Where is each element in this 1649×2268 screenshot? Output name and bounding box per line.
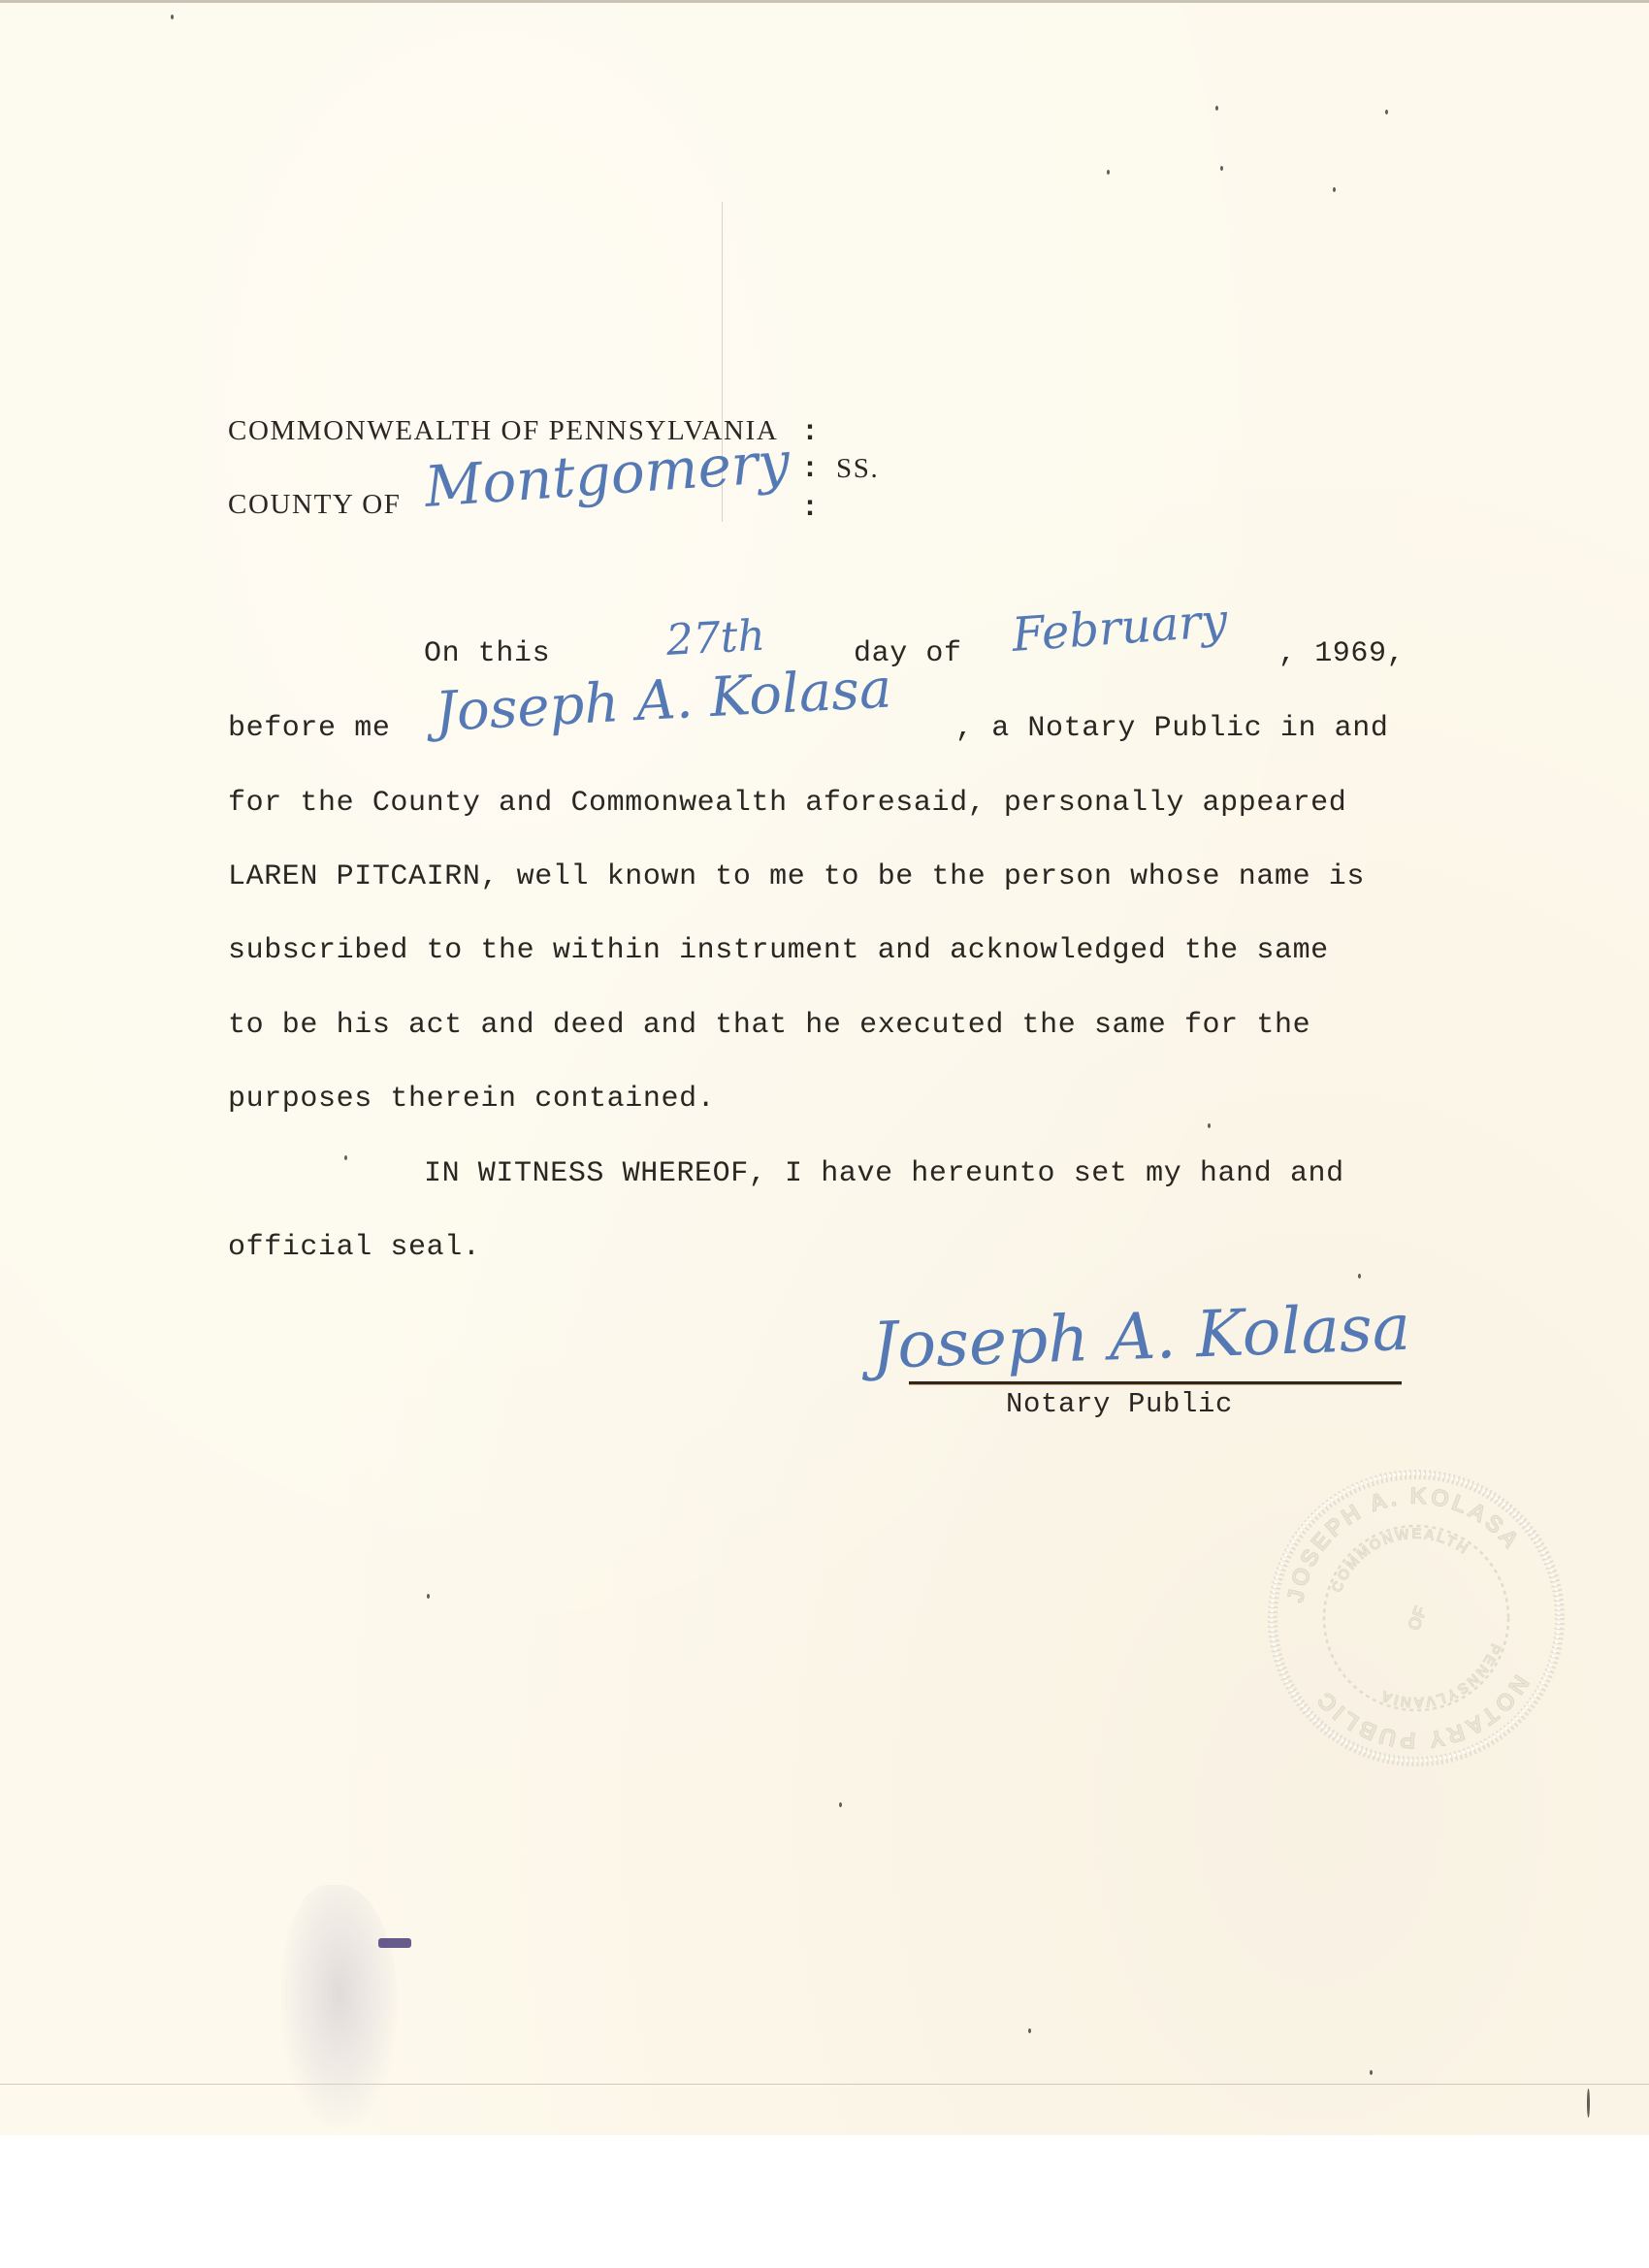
svg-text:COMMONWEALTH: COMMONWEALTH (1329, 1526, 1472, 1595)
paper-speck (344, 1155, 347, 1160)
notary-public-label: Notary Public (1006, 1390, 1233, 1418)
venue-colon-3: : (801, 494, 820, 523)
venue-colon-1: : (801, 418, 820, 447)
day-handwritten: 27th (665, 615, 766, 663)
paper-speck (1107, 170, 1110, 175)
witness-line-2: official seal. (228, 1233, 480, 1262)
paper-speck (1370, 2070, 1373, 2075)
paper-speck (1208, 1123, 1211, 1128)
paper-speck (1385, 110, 1388, 114)
body-line-1a: On this (424, 639, 550, 668)
body-line-1c: , 1969, (1278, 639, 1405, 668)
paper-speck (1333, 187, 1336, 192)
paper-speck (1358, 1274, 1361, 1279)
venue-colon-2: : (801, 455, 820, 484)
notary-name-handwritten: Joseph A. Kolasa (434, 662, 893, 740)
body-line-2b: , a Notary Public in and (955, 714, 1388, 743)
paper-speck (1220, 166, 1223, 171)
svg-text:JOSEPH A. KOLASA: JOSEPH A. KOLASA (1282, 1483, 1526, 1605)
body-line-3: for the County and Commonwealth aforesai… (228, 789, 1346, 818)
ink-blot (378, 1938, 411, 1948)
paper-speck (839, 1802, 842, 1807)
signature-line (909, 1381, 1402, 1385)
body-line-2a: before me (228, 714, 390, 743)
body-line-4: LAREN PITCAIRN, well known to me to be t… (228, 862, 1365, 891)
paper-speck (171, 15, 174, 19)
notary-seal-icon: JOSEPH A. KOLASA NOTARY PUBLIC COMMONWEA… (1266, 1468, 1567, 1768)
notary-signature: Joseph A. Kolasa (871, 1296, 1411, 1378)
paper-speck (1215, 106, 1218, 111)
paper-smudge (281, 1885, 398, 2127)
month-handwritten: February (1011, 598, 1229, 659)
fold-line-horizontal (0, 2084, 1649, 2085)
witness-line-1: IN WITNESS WHEREOF, I have hereunto set … (424, 1159, 1344, 1188)
paper-speck (1028, 2028, 1031, 2033)
body-line-5: subscribed to the within instrument and … (228, 936, 1329, 965)
svg-text:PENNSYLVANIA: PENNSYLVANIA (1377, 1641, 1503, 1710)
svg-text:OF: OF (1404, 1604, 1430, 1633)
venue-ss: SS. (836, 455, 879, 483)
paper-tick-mark (1587, 2089, 1590, 2118)
paper-speck (427, 1594, 430, 1599)
body-line-7: purposes therein contained. (228, 1085, 715, 1114)
venue-county-label: COUNTY OF (228, 491, 401, 519)
document-page: COMMONWEALTH OF PENNSYLVANIA COUNTY OF M… (0, 0, 1649, 2135)
body-line-6: to be his act and deed and that he execu… (228, 1011, 1310, 1040)
